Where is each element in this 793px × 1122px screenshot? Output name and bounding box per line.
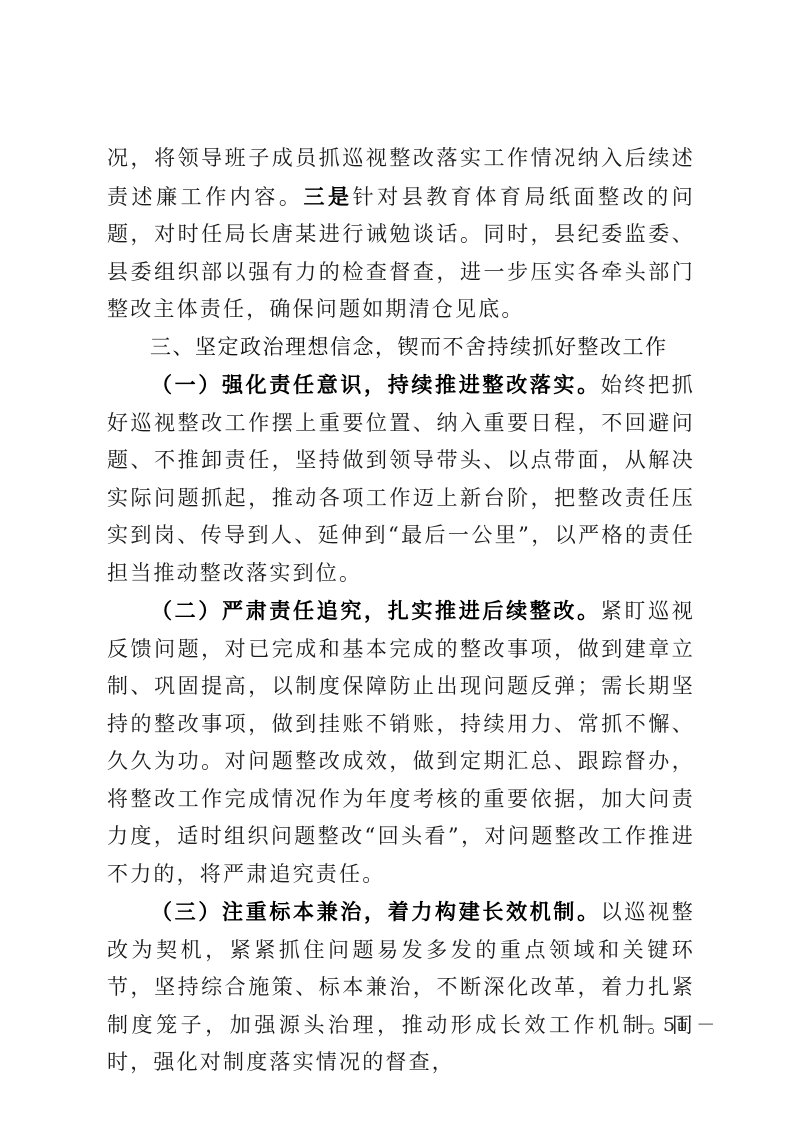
subsection-paragraph: （一）强化责任意识，持续推进整改落实。始终把抓好巡视整改工作摆上重要位置、纳入重… [107, 366, 695, 592]
subsection-paragraph: （三）注重标本兼治，着力构建长效机制。以巡视整改为契机，紧紧抓住问题易发多发的重… [107, 893, 695, 1082]
subsection-paragraph: （二）严肃责任追究，扎实推进后续整改。紧盯巡视反馈问题，对已完成和基本完成的整改… [107, 592, 695, 893]
document-body: 况，将领导班子成员抓巡视整改落实工作情况纳入后续述责述廉工作内容。三是针对县教育… [107, 140, 695, 1082]
section-heading: 三、坚定政治理想信念，锲而不舍持续抓好整改工作 [107, 329, 695, 367]
subsection-title: （二）严肃责任追究，扎实推进后续整改。 [151, 598, 601, 623]
bold-lead-phrase: 三是 [303, 184, 352, 209]
document-page: 况，将领导班子成员抓巡视整改落实工作情况纳入后续述责述廉工作内容。三是针对县教育… [0, 0, 793, 1122]
subsection-body: 紧盯巡视反馈问题，对已完成和基本完成的整改事项，做到建章立制、巩固提高，以制度保… [107, 599, 695, 886]
subsection-body: 始终把抓好巡视整改工作摆上重要位置、纳入重要日程，不回避问题、不推卸责任，坚持做… [107, 373, 695, 585]
paragraph-continuation: 况，将领导班子成员抓巡视整改落实工作情况纳入后续述责述廉工作内容。三是针对县教育… [107, 140, 695, 329]
page-number: － 51 － [636, 1010, 716, 1037]
subsection-title: （三）注重标本兼治，着力构建长效机制。 [151, 899, 601, 924]
subsection-title: （一）强化责任意识，持续推进整改落实。 [151, 372, 601, 397]
subsection-body: 以巡视整改为契机，紧紧抓住问题易发多发的重点领域和关键环节，坚持综合施策、标本兼… [107, 900, 695, 1074]
